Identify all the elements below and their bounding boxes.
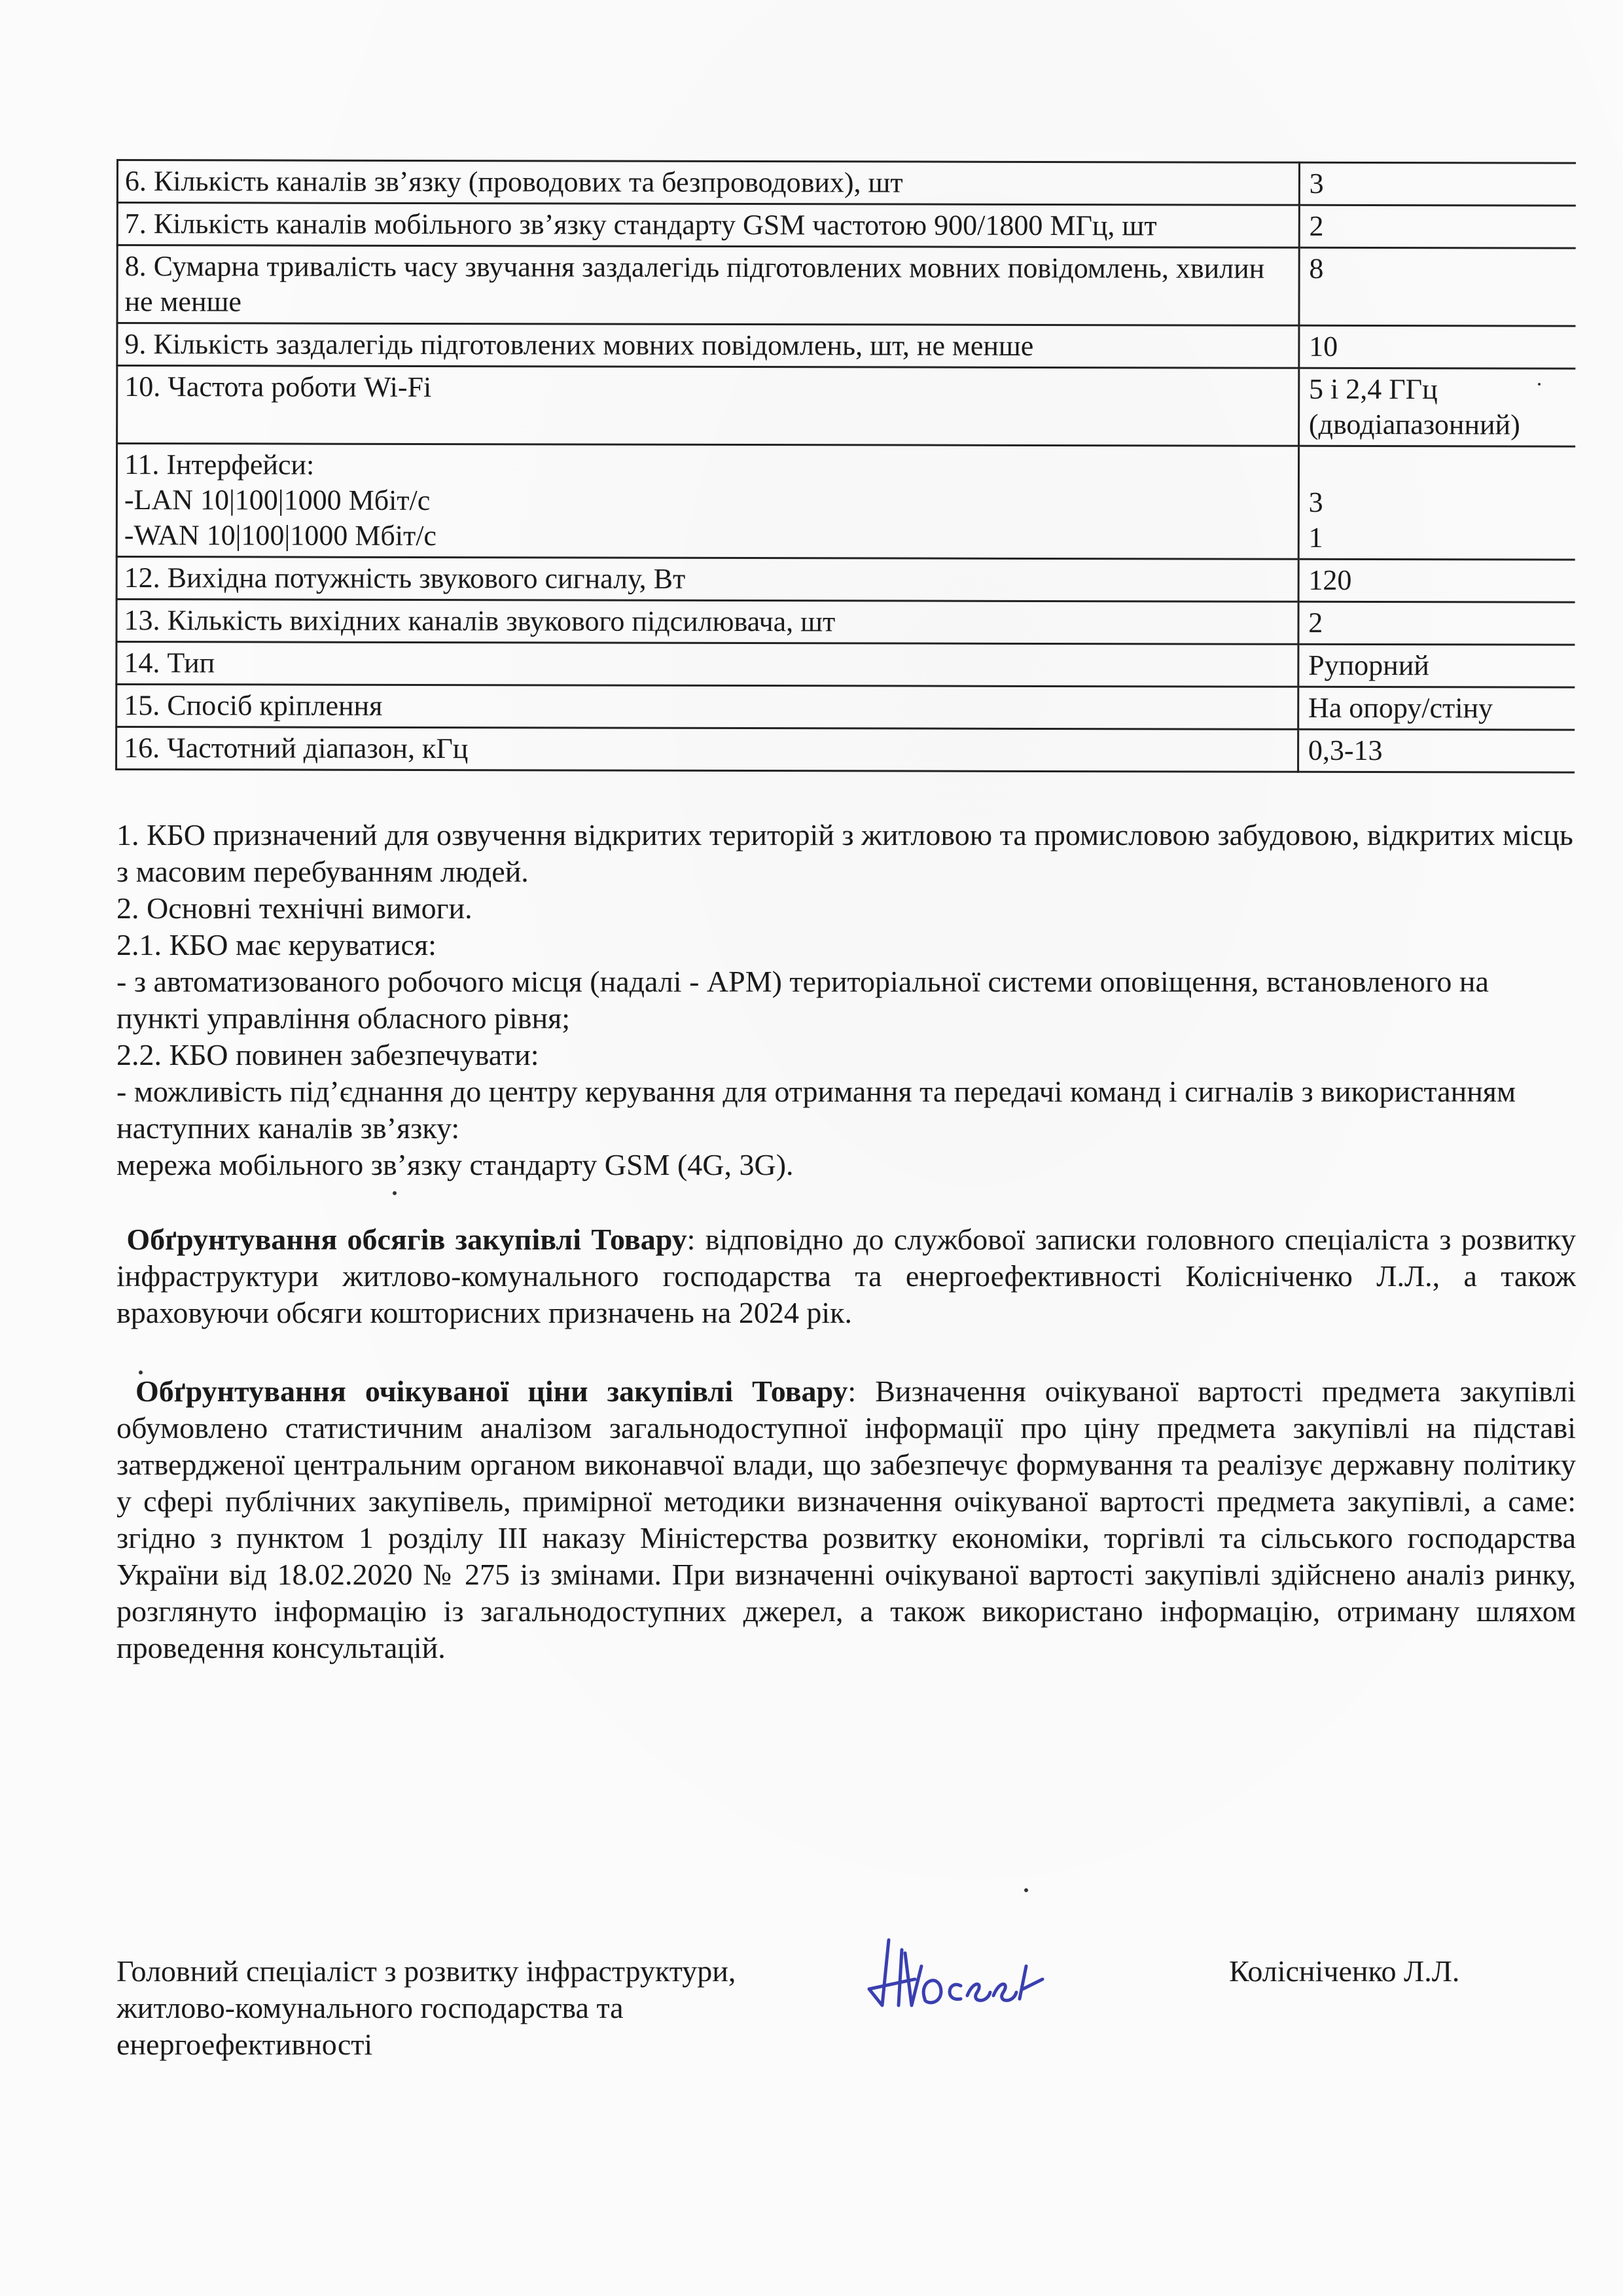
- signatory-title-line: житлово-комунального господарства та: [116, 1990, 836, 2026]
- requirement-line: 2.1. КБО має керуватися:: [116, 927, 1576, 963]
- value-cell: 0,3-13: [1298, 729, 1575, 772]
- param-cell: 16. Частотний діапазон, кГц: [116, 727, 1298, 772]
- value-line: 3: [1309, 485, 1570, 521]
- table-row: 14. Тип Рупорний: [116, 642, 1575, 688]
- requirement-line: 1. КБО призначений для озвучення відкрит…: [116, 817, 1576, 890]
- table-row: 15. Спосіб кріплення На опору/стіну: [116, 685, 1575, 730]
- value-cell: 120: [1298, 559, 1575, 602]
- table-row: 16. Частотний діапазон, кГц 0,3-13: [116, 727, 1575, 773]
- param-cell: 15. Спосіб кріплення: [116, 685, 1298, 730]
- price-justification: Обґрунтування очікуваної ціни закупівлі …: [116, 1373, 1576, 1666]
- table-row: 9. Кількість заздалегідь підготовлених м…: [117, 323, 1576, 369]
- value-cell: 2: [1299, 205, 1576, 248]
- param-cell: 7. Кількість каналів мобільного зв’язку …: [117, 203, 1299, 248]
- signatory-title-line: енергоефективності: [116, 2026, 836, 2063]
- value-cell: 2: [1298, 601, 1575, 645]
- signatory-title: Головний спеціаліст з розвитку інфрастру…: [116, 1953, 836, 2063]
- requirement-line: мережа мобільного зв’язку стандарту GSM …: [116, 1147, 1576, 1183]
- value-cell: 3: [1299, 162, 1576, 206]
- signatory-name: Колісніченко Л.Л.: [1229, 1953, 1459, 1990]
- requirement-line: - можливість під’єднання до центру керув…: [116, 1073, 1576, 1147]
- scan-speck: [1538, 383, 1541, 386]
- scan-speck: [393, 1191, 397, 1195]
- param-cell: 6. Кількість каналів зв’язку (проводових…: [117, 160, 1299, 206]
- price-label: Обґрунтування очікуваної ціни закупівлі …: [135, 1374, 847, 1408]
- price-paragraph: Обґрунтування очікуваної ціни закупівлі …: [116, 1373, 1576, 1666]
- param-line: 11. Інтерфейси:: [124, 447, 1293, 485]
- value-line: [1309, 450, 1570, 486]
- table-row: 11. Інтерфейси: -LAN 10|100|1000 Мбіт/с …: [116, 444, 1575, 560]
- param-cell: 14. Тип: [116, 642, 1298, 687]
- value-cell: 8: [1299, 247, 1576, 326]
- param-cell: 12. Вихідна потужність звукового сигналу…: [116, 557, 1298, 602]
- price-text: : Визначення очікуваної вартості предмет…: [116, 1374, 1576, 1664]
- signatory-title-line: Головний спеціаліст з розвитку інфрастру…: [116, 1953, 836, 1990]
- table-row: 12. Вихідна потужність звукового сигналу…: [116, 557, 1575, 603]
- param-line: -LAN 10|100|1000 Мбіт/с: [124, 482, 1293, 520]
- param-cell: 11. Інтерфейси: -LAN 10|100|1000 Мбіт/с …: [116, 444, 1298, 560]
- requirements-section: 1. КБО призначений для озвучення відкрит…: [116, 817, 1576, 1183]
- requirement-line: - з автоматизованого робочого місця (над…: [116, 963, 1576, 1037]
- table-row: 13. Кількість вихідних каналів звукового…: [116, 600, 1575, 645]
- volume-label: Обґрунтування обсягів закупівлі Товару: [126, 1223, 687, 1256]
- scan-speck: [139, 1371, 143, 1374]
- document-page: 6. Кількість каналів зв’язку (проводових…: [0, 0, 1623, 2296]
- value-line: 1: [1309, 520, 1570, 556]
- param-cell: 10. Частота роботи Wi-Fi: [117, 366, 1299, 446]
- signature-block: Головний спеціаліст з розвитку інфрастру…: [116, 1953, 1576, 2084]
- param-cell: 13. Кількість вихідних каналів звукового…: [116, 600, 1298, 645]
- scan-speck: [1024, 1888, 1028, 1892]
- param-cell: 8. Сумарна тривалість часу звучання зазд…: [117, 245, 1299, 326]
- volume-paragraph: Обґрунтування обсягів закупівлі Товару: …: [116, 1221, 1576, 1331]
- handwritten-signature-icon: [863, 1927, 1059, 2032]
- requirement-line: 2.2. КБО повинен забезпечувати:: [116, 1037, 1576, 1073]
- table-row: 8. Сумарна тривалість часу звучання зазд…: [117, 245, 1576, 327]
- table-row: 6. Кількість каналів зв’язку (проводових…: [117, 160, 1576, 206]
- value-cell: 5 і 2,4 ГГц (дводіапазонний): [1298, 368, 1575, 446]
- requirement-line: 2. Основні технічні вимоги.: [116, 890, 1576, 927]
- value-cell: Рупорний: [1298, 644, 1575, 687]
- value-cell: 3 1: [1298, 446, 1575, 560]
- value-cell: На опору/стіну: [1298, 687, 1575, 730]
- value-cell: 10: [1299, 325, 1576, 368]
- volume-justification: Обґрунтування обсягів закупівлі Товару: …: [116, 1221, 1576, 1331]
- table-row: 7. Кількість каналів мобільного зв’язку …: [117, 203, 1576, 249]
- specifications-table: 6. Кількість каналів зв’язку (проводових…: [115, 159, 1576, 774]
- param-cell: 9. Кількість заздалегідь підготовлених м…: [117, 323, 1299, 368]
- param-line: -WAN 10|100|1000 Мбіт/с: [124, 518, 1293, 556]
- table-row: 10. Частота роботи Wi-Fi 5 і 2,4 ГГц (дв…: [117, 366, 1576, 447]
